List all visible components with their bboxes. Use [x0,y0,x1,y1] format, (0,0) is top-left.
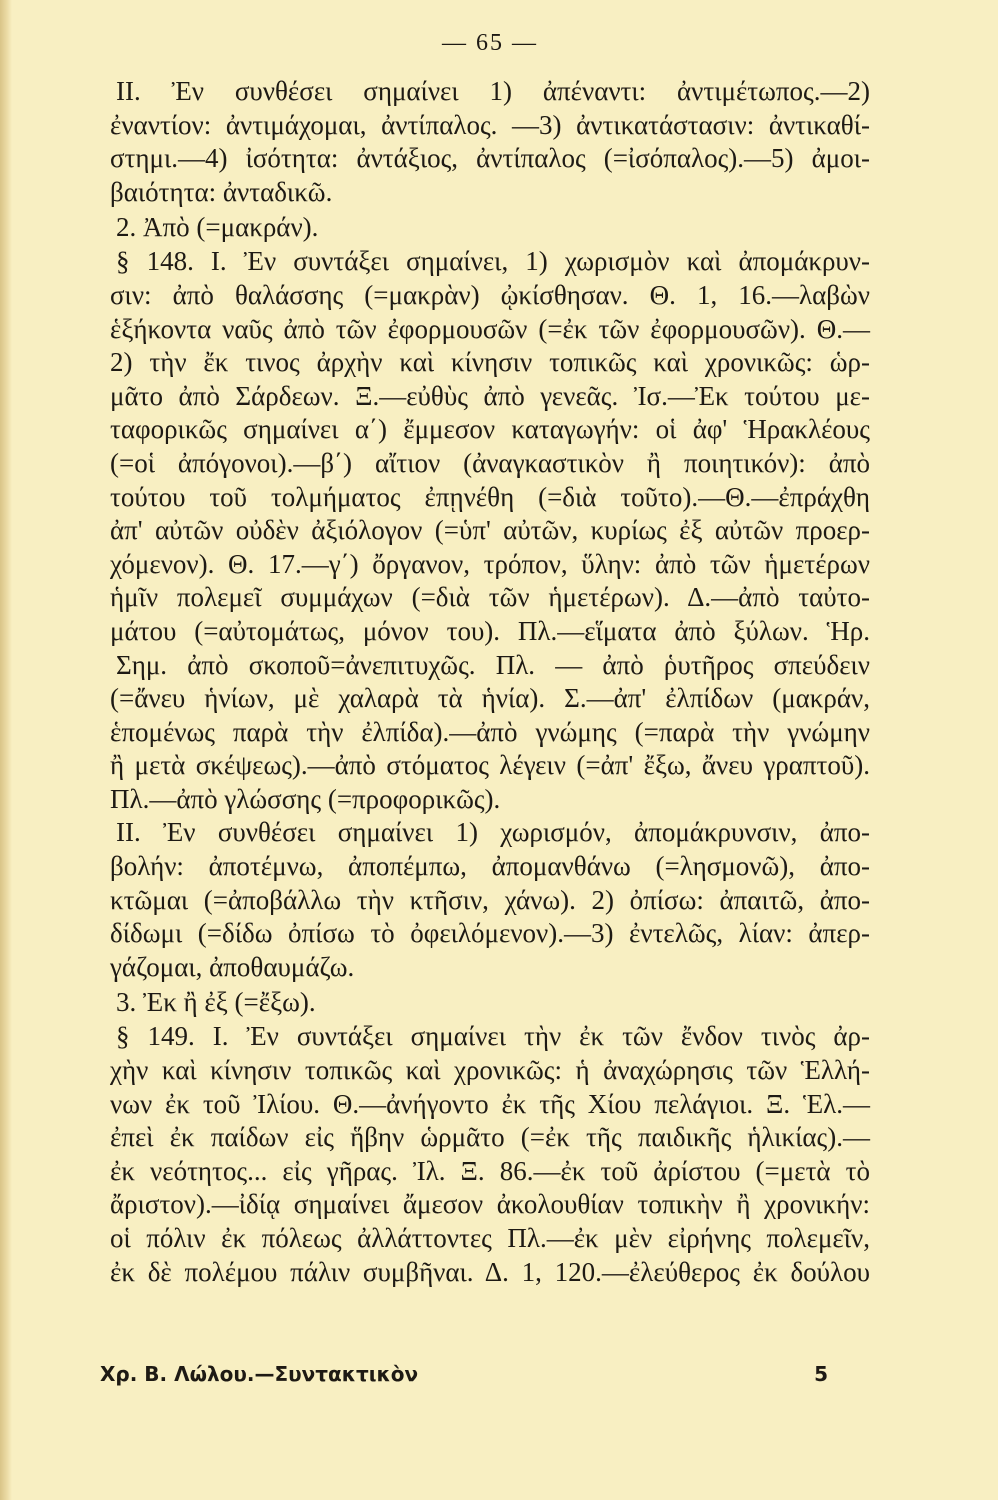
text-line: (=οἱ ἀπόγονοι).—β΄) αἴτιον (ἀναγκαστικὸν… [110,447,870,481]
text-line: (=ἄνευ ἡνίων, μὲ χαλαρὰ τὰ ἡνία). Σ.—ἀπ'… [110,682,870,716]
paragraph-149-I: § 149. Ι. Ἐν συντάξει σημαίνει τὴν ἐκ τῶ… [110,1020,870,1289]
text-line: βολήν: ἀποτέμνω, ἀποπέμπω, ἀπομανθάνω (=… [110,850,870,884]
text-line: ἀπ' αὐτῶν οὐδὲν ἀξιόλογον (=ὑπ' αὐτῶν, κ… [110,514,870,548]
text-line: § 148. Ι. Ἐν συντάξει σημαίνει, 1) χωρισ… [110,245,870,279]
footer-author-title: Χρ. Β. Λώλου.—Συντακτικὸν [100,1362,418,1386]
text-line: στημι.—4) ἰσότητα: ἀντάξιος, ἀντίπαλος (… [110,142,870,176]
text-line: ἐναντίον: ἀντιμάχομαι, ἀντίπαλος. —3) ἀν… [110,109,870,143]
section-heading-ek: 3. Ἐκ ἢ ἐξ (=ἔξω). [110,984,870,1020]
text-line: μάτου (=αὐτομάτως, μόνον του). Πλ.—εἵματ… [110,615,870,649]
text-line: τούτου τοῦ τολμήματος ἐπῃνέθη (=διὰ τοῦτ… [110,481,870,515]
text-line: ἐπεὶ ἐκ παίδων εἰς ἥβην ὡρμᾶτο (=ἐκ τῆς … [110,1121,870,1155]
book-spine-shadow [0,0,12,1500]
page-number: — 65 — [110,30,870,57]
paragraph-II-anti: ΙΙ. Ἐν συνθέσει σημαίνει 1) ἀπέναντι: ἀν… [110,75,870,209]
text-line: Σημ. ἀπὸ σκοποῦ=ἀνεπιτυχῶς. Πλ. — ἀπὸ ῥυ… [110,649,870,683]
text-line: ἑξήκοντα ναῦς ἀπὸ τῶν ἐφορμουσῶν (=ἐκ τῶ… [110,313,870,347]
text-line: ΙΙ. Ἐν συνθέσει σημαίνει 1) χωρισμόν, ἀπ… [110,816,870,850]
text-line: κτῶμαι (=ἀποβάλλω τὴν κτῆσιν, χάνω). 2) … [110,884,870,918]
page-footer: Χρ. Β. Λώλου.—Συντακτικὸν 5 [100,1362,860,1386]
text-line: ἐκ νεότητος... εἰς γῆρας. Ἰλ. Ξ. 86.—ἐκ … [110,1155,870,1189]
text-line: ἄριστον).—ἰδίᾳ σημαίνει ἄμεσον ἀκολουθία… [110,1188,870,1222]
text-line: ΙΙ. Ἐν συνθέσει σημαίνει 1) ἀπέναντι: ἀν… [110,75,870,109]
text-line: δίδωμι (=δίδω ὀπίσω τὸ ὀφειλόμενον).—3) … [110,917,870,951]
paragraph-note: Σημ. ἀπὸ σκοποῦ=ἀνεπιτυχῶς. Πλ. — ἀπὸ ῥυ… [110,649,870,817]
text-line: μᾶτο ἀπὸ Σάρδεων. Ξ.—εὐθὺς ἀπὸ γενεᾶς. Ἰ… [110,380,870,414]
paragraph-II-apo: ΙΙ. Ἐν συνθέσει σημαίνει 1) χωρισμόν, ἀπ… [110,816,870,984]
text-line: ταφορικῶς σημαίνει α΄) ἔμμεσον καταγωγήν… [110,413,870,447]
text-line: 2) τὴν ἔκ τινος ἀρχὴν καὶ κίνησιν τοπικῶ… [110,346,870,380]
text-line: ἑπομένως παρὰ τὴν ἐλπίδα).—ἀπὸ γνώμης (=… [110,716,870,750]
text-line: § 149. Ι. Ἐν συντάξει σημαίνει τὴν ἐκ τῶ… [110,1020,870,1054]
book-page: — 65 — ΙΙ. Ἐν συνθέσει σημαίνει 1) ἀπένα… [110,30,870,1289]
text-line: χὴν καὶ κίνησιν τοπικῶς καὶ χρονικῶς: ἡ … [110,1054,870,1088]
text-line: γάζομαι, ἀποθαυμάζω. [110,951,870,985]
footer-signature-number: 5 [814,1362,828,1386]
text-line: βαιότητα: ἀνταδικῶ. [110,176,870,210]
text-line: ἐκ δὲ πολέμου πάλιν συμβῆναι. Δ. 1, 120.… [110,1256,870,1290]
section-heading-apo: 2. Ἀπὸ (=μακράν). [110,209,870,245]
text-line: χόμενον). Θ. 17.—γ΄) ὄργανον, τρόπον, ὕλ… [110,548,870,582]
text-line: νων ἐκ τοῦ Ἰλίου. Θ.—ἀνήγοντο ἐκ τῆς Χίο… [110,1088,870,1122]
text-line: Πλ.—ἀπὸ γλώσσης (=προφορικῶς). [110,783,870,817]
paragraph-148-I: § 148. Ι. Ἐν συντάξει σημαίνει, 1) χωρισ… [110,245,870,648]
text-line: οἱ πόλιν ἐκ πόλεως ἀλλάττοντες Πλ.—ἐκ μὲ… [110,1222,870,1256]
text-line: ἢ μετὰ σκέψεως).—ἀπὸ στόματος λέγειν (=ἀ… [110,749,870,783]
text-line: σιν: ἀπὸ θαλάσσης (=μακρὰν) ᾠκίσθησαν. Θ… [110,279,870,313]
text-line: ἡμῖν πολεμεῖ συμμάχων (=διὰ τῶν ἡμετέρων… [110,581,870,615]
